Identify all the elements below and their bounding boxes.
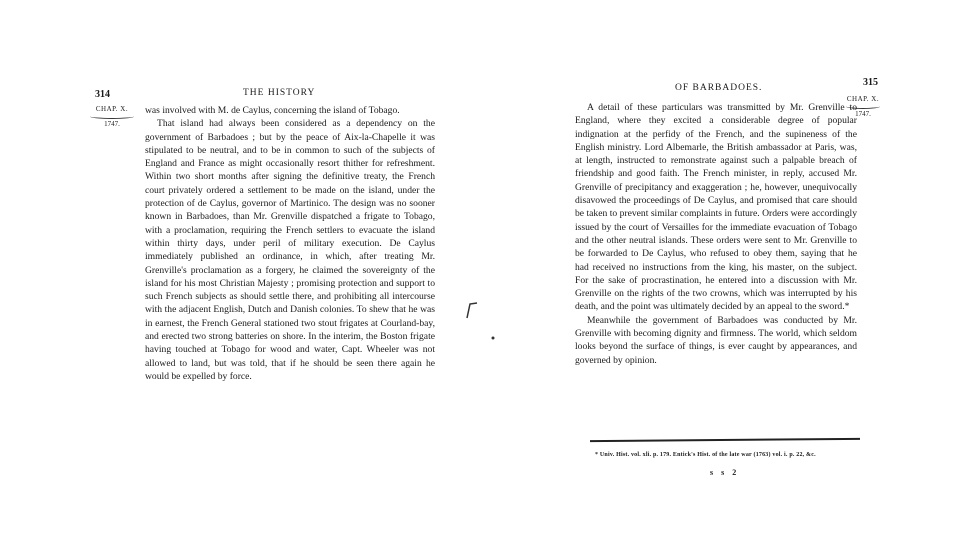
margin-note: CHAP. X. 1747. — [87, 105, 137, 129]
footnote: * Univ. Hist. vol. xli. p. 179. Entick's… — [595, 452, 885, 458]
paragraph: A detail of these particulars was transm… — [575, 101, 857, 314]
signature-mark: s s 2 — [710, 468, 739, 477]
right-page: OF BARBADOES. 315 CHAP. X. 1747. A detai… — [575, 75, 895, 495]
scan-artifact — [465, 300, 505, 355]
left-page: 314 THE HISTORY CHAP. X. 1747. was invol… — [95, 85, 440, 485]
page-number: 314 — [95, 89, 110, 100]
paragraph: That island had always been considered a… — [145, 117, 435, 383]
brace-icon — [90, 114, 134, 119]
margin-year: 1747. — [104, 120, 120, 128]
running-head: THE HISTORY — [243, 88, 315, 98]
body-text: was involved with M. de Caylus, concerni… — [145, 104, 435, 383]
page-number: 315 — [863, 77, 878, 88]
body-text: A detail of these particulars was transm… — [575, 101, 857, 367]
margin-chapter: CHAP. X. — [96, 105, 128, 113]
running-head: OF BARBADOES. — [675, 83, 762, 93]
margin-year: 1747. — [855, 110, 871, 118]
footnote-rule — [590, 438, 860, 442]
paragraph: Meanwhile the government of Barbadoes wa… — [575, 314, 857, 367]
paragraph: was involved with M. de Caylus, concerni… — [145, 104, 435, 117]
